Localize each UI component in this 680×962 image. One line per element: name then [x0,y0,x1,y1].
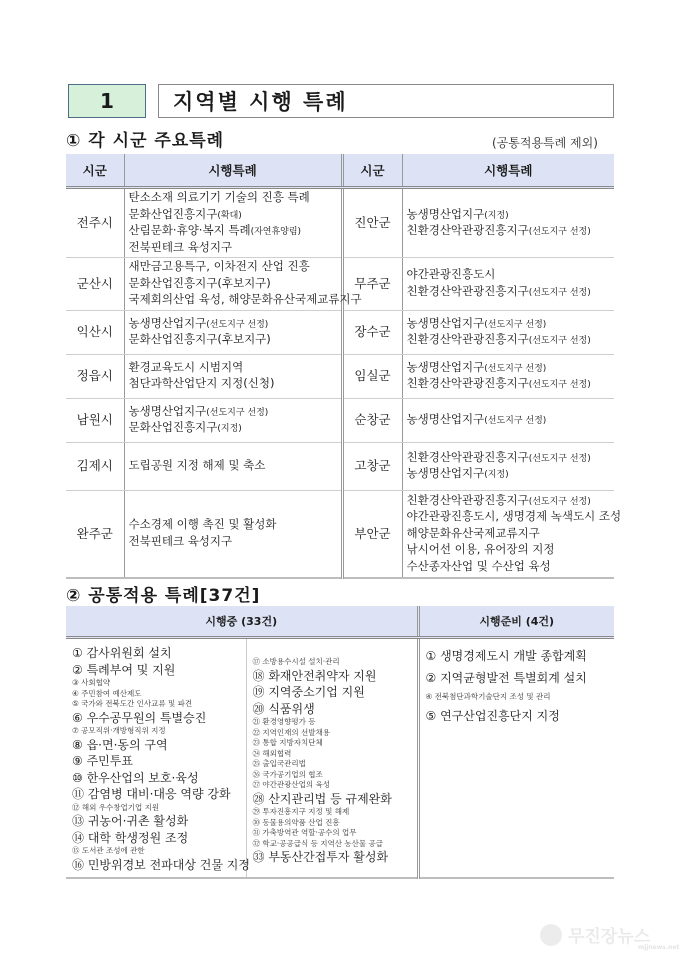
city-name: 남원시 [66,398,124,442]
special-list-item: ⑮ 도서관 조성에 관한 [72,846,242,857]
special-items: 농생명산업지구(선도지구 선정) [402,398,614,442]
city-name: 익산시 [66,310,124,354]
special-item: 국제회의산업 육성, 해양문화유산국제교류지구 [129,292,340,309]
special-list-item: ㉕ 출입국관리법 [253,759,413,770]
item-text: 친환경산악관광진흥지구 [407,284,529,298]
city-name: 고창군 [342,442,402,490]
col-header-city-2: 시군 [342,154,402,188]
special-list-item: ⑤ 국가와 전북도간 인사교류 및 파견 [72,699,242,710]
item-suffix: (자연휴양림) [251,227,302,237]
city-name: 군산시 [66,258,124,311]
special-item: 전북핀테크 육성지구 [129,240,340,257]
special-items: 친환경산악관광진흥지구(선도지구 선정)농생명산업지구(지정) [402,442,614,490]
special-item: 산림문화·휴양·복지 특례(자연휴양림) [129,223,340,240]
item-text: 친환경산악관광진흥지구 [407,223,529,237]
item-text: 새만금고용특구, 이차전지 산업 진흥 [129,259,310,273]
special-list-item: ⑱ 화재안전취약자 지원 [253,668,413,685]
special-item: 농생명산업지구(선도지구 선정) [407,316,614,333]
item-text: 문화산업진흥지구(후보지구) [129,332,271,346]
special-item: 전북핀테크 육성지구 [129,534,340,551]
special-list-item: ⑪ 감염병 대비·대응 역량 강화 [72,786,242,803]
table-row: 남원시농생명산업지구(선도지구 선정)문화산업진흥지구(지정)순창군농생명산업지… [66,398,614,442]
special-item: 농생명산업지구(지정) [407,466,614,483]
table-row: 완주군수소경제 이행 촉진 및 활성화전북핀테크 육성지구부안군친환경산악관광진… [66,490,614,578]
part2-heading: ② 공통적용 특례[37건] [66,581,260,606]
in-progress-list-1: ① 감사위원회 설치② 특례부여 및 지원③ 사회협약④ 주민참여 예산제도⑤ … [66,638,246,879]
preparing-list: ① 생명경제도시 개발 종합계획② 지역균형발전 특별회계 설치④ 전북첨단과학… [418,638,614,879]
special-item: 낚시어선 이용, 유어장의 지정 [407,542,614,559]
item-text: 환경교육도시 시범지역 [129,360,244,374]
col-header-in-progress: 시행중 (33건) [66,606,418,638]
special-item: 농생명산업지구(선도지구 선정) [407,360,614,377]
special-list-item: ㉗ 야간관광산업의 육성 [253,780,413,791]
special-list-item: ⑰ 소방용수시설 설치·관리 [253,657,413,668]
special-items: 농생명산업지구(선도지구 선정)친환경산악관광진흥지구(선도지구 선정) [402,310,614,354]
item-text: 야간관광진흥도시 [407,267,496,281]
item-text: 농생명산업지구 [407,360,485,374]
item-suffix: (선도지구 선정) [529,497,591,507]
item-text: 도립공원 지정 해제 및 축소 [129,458,266,472]
item-text: 농생명산업지구 [407,466,485,480]
city-name: 임실군 [342,354,402,398]
common-table: 시행중 (33건) 시행준비 (4건) ① 감사위원회 설치② 특례부여 및 지… [66,606,614,879]
special-item: 친환경산악관광진흥지구(선도지구 선정) [407,284,614,301]
special-list-item: ⑲ 지역중소기업 지원 [253,684,413,701]
special-list-item: ㉙ 투자진흥지구 지정 및 해제 [253,807,413,818]
item-suffix: (지정) [484,211,508,221]
item-text: 낚시어선 이용, 유어장의 지정 [407,542,555,556]
special-list-item: ② 특례부여 및 지원 [72,662,242,679]
part1-heading: ① 각 시군 주요특례 [66,126,224,151]
special-list-item: ⑯ 민방위경보 전파대상 건물 지정 [72,857,242,874]
item-text: 농생명산업지구 [129,316,207,330]
city-name: 장수군 [342,310,402,354]
item-text: 산림문화·휴양·복지 특례 [129,223,251,237]
table-row: 전주시탄소소재 의료기기 기술의 진흥 특례문화산업진흥지구(확대)산림문화·휴… [66,188,614,258]
mountain-logo-icon [540,924,562,946]
item-text: 친환경산악관광진흥지구 [407,376,529,390]
special-list-item: ⑥ 우수공무원의 특별승진 [72,710,242,727]
item-text: 문화산업진흥지구 [129,420,218,434]
special-list-item: ⑤ 연구산업진흥단지 지정 [426,705,611,727]
section-number: 1 [68,84,146,118]
item-suffix: (선도지구 선정) [529,454,591,464]
special-list-item: ⑨ 주민투표 [72,753,242,770]
watermark: 무진장뉴스 mjjnews.net [540,922,650,947]
city-name: 정읍시 [66,354,124,398]
item-suffix: (지정) [484,470,508,480]
special-items: 농생명산업지구(선도지구 선정)문화산업진흥지구(지정) [124,398,342,442]
special-items: 농생명산업지구(지정)친환경산악관광진흥지구(선도지구 선정) [402,188,614,258]
special-items: 도립공원 지정 해제 및 축소 [124,442,342,490]
special-item: 탄소소재 의료기기 기술의 진흥 특례 [129,190,340,207]
city-name: 순창군 [342,398,402,442]
special-list-item: ① 감사위원회 설치 [72,645,242,662]
special-list-item: ㉝ 부동산간접투자 활성화 [253,849,413,866]
special-item: 문화산업진흥지구(후보지구) [129,276,340,293]
section-title: 지역별 시행 특례 [158,84,614,118]
col-header-items-2: 시행특례 [402,154,614,188]
special-items: 야간관광진흥도시친환경산악관광진흥지구(선도지구 선정) [402,258,614,311]
item-text: 친환경산악관광진흥지구 [407,332,529,346]
item-suffix: (선도지구 선정) [484,320,546,330]
special-item: 첨단과학산업단지 지정(신청) [129,376,340,393]
special-item: 환경교육도시 시범지역 [129,360,340,377]
special-item: 수산종자산업 및 수산업 육성 [407,559,614,576]
special-list-item: ③ 사회협약 [72,678,242,689]
special-list-item: ㉚ 동물용의약품 산업 진흥 [253,818,413,829]
special-item: 친환경산악관광진흥지구(선도지구 선정) [407,493,614,510]
region-table: 시군 시행특례 시군 시행특례 전주시탄소소재 의료기기 기술의 진흥 특례문화… [66,154,614,579]
in-progress-list-2: ⑰ 소방용수시설 설치·관리⑱ 화재안전취약자 지원⑲ 지역중소기업 지원⑳ 식… [246,638,418,879]
special-item: 야간관광진흥도시 [407,267,614,284]
table-row: 정읍시환경교육도시 시범지역첨단과학산업단지 지정(신청)임실군농생명산업지구(… [66,354,614,398]
special-item: 문화산업진흥지구(지정) [129,420,340,437]
special-items: 탄소소재 의료기기 기술의 진흥 특례문화산업진흥지구(확대)산림문화·휴양·복… [124,188,342,258]
special-list-item: ① 생명경제도시 개발 종합계획 [426,645,611,667]
special-list-item: ㉓ 통합 지방자치단체 [253,738,413,749]
item-text: 문화산업진흥지구 [129,207,218,221]
table-row: 군산시새만금고용특구, 이차전지 산업 진흥문화산업진흥지구(후보지구)국제회의… [66,258,614,311]
item-text: 친환경산악관광진흥지구 [407,450,529,464]
table-row: 김제시도립공원 지정 해제 및 축소고창군친환경산악관광진흥지구(선도지구 선정… [66,442,614,490]
special-list-item: ㉔ 해외협력 [253,749,413,760]
item-suffix: (선도지구 선정) [206,408,268,418]
special-list-item: ㉘ 산지관리법 등 규제완화 [253,791,413,808]
item-text: 농생명산업지구 [407,207,485,221]
item-text: 야간관광진흥도시, 생명경제 녹색도시 조성 [407,509,622,523]
special-item: 도립공원 지정 해제 및 축소 [129,458,340,475]
special-item: 친환경산악관광진흥지구(선도지구 선정) [407,332,614,349]
special-list-item: ⑦ 공모직위·개방형직위 지정 [72,726,242,737]
special-list-item: ㉜ 학교·공공급식 등 지역산 농산물 공급 [253,839,413,850]
item-suffix: (선도지구 선정) [529,288,591,298]
special-items: 농생명산업지구(선도지구 선정)친환경산악관광진흥지구(선도지구 선정) [402,354,614,398]
special-items: 친환경산악관광진흥지구(선도지구 선정)야간관광진흥도시, 생명경제 녹색도시 … [402,490,614,578]
item-suffix: (선도지구 선정) [484,364,546,374]
special-item: 야간관광진흥도시, 생명경제 녹색도시 조성 [407,509,614,526]
special-list-item: ㉑ 환경영향평가 등 [253,717,413,728]
city-name: 전주시 [66,188,124,258]
special-list-item: ④ 전북첨단과학기술단지 조성 및 관리 [426,689,611,705]
city-name: 부안군 [342,490,402,578]
special-item: 농생명산업지구(선도지구 선정) [407,412,614,429]
special-item: 농생명산업지구(지정) [407,207,614,224]
special-items: 환경교육도시 시범지역첨단과학산업단지 지정(신청) [124,354,342,398]
special-list-item: ㉖ 국가공기업의 협조 [253,770,413,781]
item-text: 전북핀테크 육성지구 [129,534,233,548]
special-item: 문화산업진흥지구(후보지구) [129,332,340,349]
item-suffix: (지정) [217,424,241,434]
special-list-item: ⑫ 해외 우수창업기업 지원 [72,803,242,814]
special-item: 친환경산악관광진흥지구(선도지구 선정) [407,223,614,240]
item-text: 수산종자산업 및 수산업 육성 [407,559,551,573]
special-item: 농생명산업지구(선도지구 선정) [129,316,340,333]
item-text: 전북핀테크 육성지구 [129,240,233,254]
col-header-preparing: 시행준비 (4건) [418,606,614,638]
city-name: 완주군 [66,490,124,578]
item-suffix: (선도지구 선정) [529,380,591,390]
item-text: 농생명산업지구 [407,412,485,426]
item-text: 해양문화유산국제교류지구 [407,526,540,540]
special-list-item: ㉛ 가축방역관 역할·공수의 업무 [253,828,413,839]
col-header-city: 시군 [66,154,124,188]
col-header-items: 시행특례 [124,154,342,188]
item-text: 탄소소재 의료기기 기술의 진흥 특례 [129,190,310,204]
special-item: 새만금고용특구, 이차전지 산업 진흥 [129,259,340,276]
item-text: 국제회의산업 육성, 해양문화유산국제교류지구 [129,292,362,306]
item-text: 문화산업진흥지구(후보지구) [129,276,271,290]
special-items: 수소경제 이행 촉진 및 활성화전북핀테크 육성지구 [124,490,342,578]
special-item: 문화산업진흥지구(확대) [129,207,340,224]
item-text: 친환경산악관광진흥지구 [407,493,529,507]
item-suffix: (선도지구 선정) [529,227,591,237]
item-suffix: (선도지구 선정) [529,336,591,346]
special-list-item: ㉒ 지역인재의 선발채용 [253,728,413,739]
special-items: 새만금고용특구, 이차전지 산업 진흥문화산업진흥지구(후보지구)국제회의산업 … [124,258,342,311]
table-row: 익산시농생명산업지구(선도지구 선정)문화산업진흥지구(후보지구)장수군농생명산… [66,310,614,354]
item-text: 농생명산업지구 [407,316,485,330]
special-list-item: ⑭ 대학 학생정원 조정 [72,830,242,847]
item-text: 첨단과학산업단지 지정(신청) [129,376,275,390]
watermark-url: mjjnews.net [638,944,679,951]
special-items: 농생명산업지구(선도지구 선정)문화산업진흥지구(후보지구) [124,310,342,354]
item-suffix: (확대) [217,211,241,221]
item-suffix: (선도지구 선정) [206,320,268,330]
special-item: 친환경산악관광진흥지구(선도지구 선정) [407,450,614,467]
special-list-item: ④ 주민참여 예산제도 [72,689,242,700]
city-name: 김제시 [66,442,124,490]
special-item: 친환경산악관광진흥지구(선도지구 선정) [407,376,614,393]
item-text: 수소경제 이행 촉진 및 활성화 [129,517,277,531]
special-list-item: ⑩ 한우산업의 보호·육성 [72,770,242,787]
item-text: 농생명산업지구 [129,404,207,418]
special-list-item: ⑳ 식품위생 [253,701,413,718]
special-item: 수소경제 이행 촉진 및 활성화 [129,517,340,534]
special-list-item: ② 지역균형발전 특별회계 설치 [426,667,611,689]
special-list-item: ⑧ 읍·면·동의 구역 [72,737,242,754]
special-item: 해양문화유산국제교류지구 [407,526,614,543]
part1-note: (공통적용특례 제외) [492,134,598,151]
city-name: 진안군 [342,188,402,258]
special-item: 농생명산업지구(선도지구 선정) [129,404,340,421]
item-suffix: (선도지구 선정) [484,416,546,426]
special-list-item: ⑬ 귀농어·귀촌 활성화 [72,813,242,830]
